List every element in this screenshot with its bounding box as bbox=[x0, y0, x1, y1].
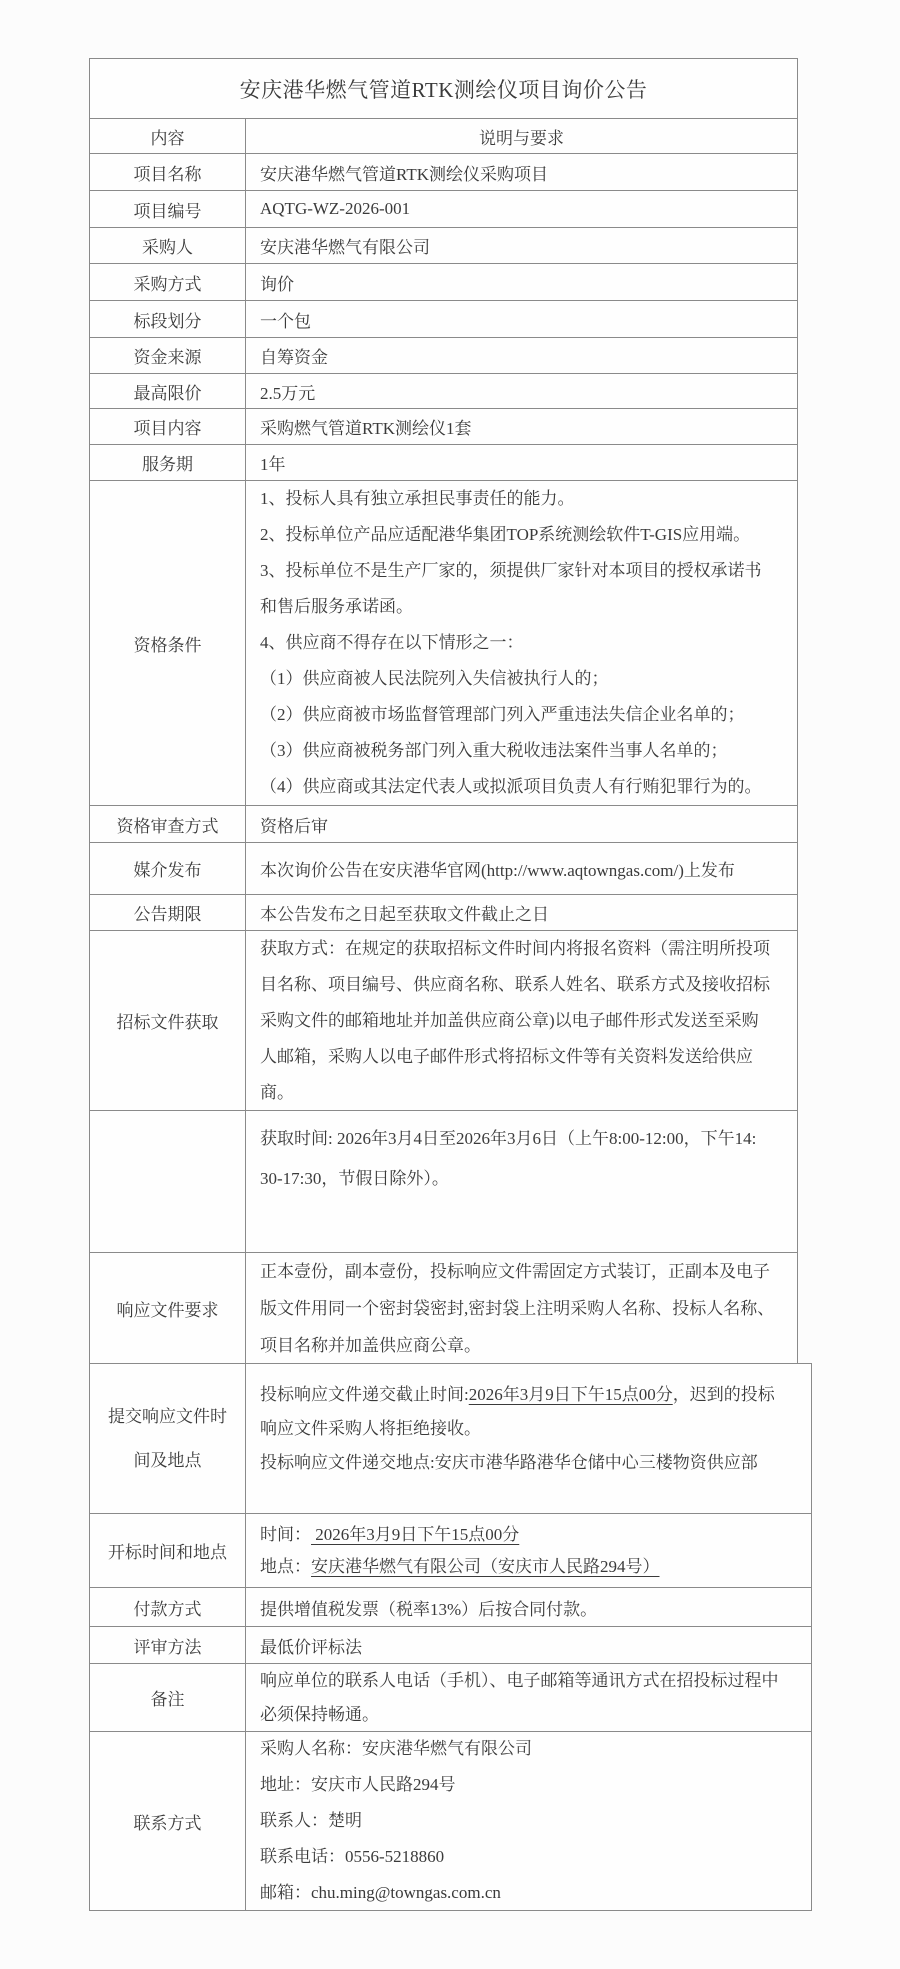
row-label-text: 开标时间和地点 bbox=[108, 1538, 227, 1563]
row-label bbox=[90, 1111, 246, 1252]
row-label-text: 项目内容 bbox=[134, 414, 202, 439]
row-label: 服务期 bbox=[90, 445, 246, 480]
cell-line: 项目名称并加盖供应商公章。 bbox=[260, 1327, 783, 1364]
row-label-text: 项目名称 bbox=[134, 160, 202, 185]
cell-line: 目名称、项目编号、供应商名称、联系人姓名、联系方式及接收招标 bbox=[260, 967, 783, 1003]
row-content: 正本壹份，副本壹份，投标响应文件需固定方式装订，正副本及电子版文件用同一个密封袋… bbox=[246, 1253, 797, 1364]
row-content: 采购燃气管道RTK测绘仪1套 bbox=[246, 409, 797, 444]
cell-line: 采购文件的邮箱地址并加盖供应商公章)以电子邮件形式发送至采购 bbox=[260, 1003, 783, 1039]
row-label-text: 项目编号 bbox=[134, 197, 202, 222]
cell-line: 联系人：楚明 bbox=[260, 1803, 797, 1839]
cell-line: 1、投标人具有独立承担民事责任的能力。 bbox=[260, 481, 783, 517]
cell-line: 询价 bbox=[260, 270, 783, 295]
table-row: 采购方式询价 bbox=[90, 264, 797, 301]
row-label: 资金来源 bbox=[90, 338, 246, 373]
row-label: 资格条件 bbox=[90, 481, 246, 805]
cell-line: 必须保持畅通。 bbox=[260, 1698, 797, 1732]
row-content: 安庆港华燃气有限公司 bbox=[246, 228, 797, 263]
row-label-text: 最高限价 bbox=[134, 379, 202, 404]
row-content: 获取方式：在规定的获取招标文件时间内将报名资料（需注明所投项目名称、项目编号、供… bbox=[246, 931, 797, 1110]
cell-line: AQTG-WZ-2026-001 bbox=[260, 199, 783, 219]
cell-line: 1年 bbox=[260, 450, 783, 475]
cell-line: 地址：安庆市人民路294号 bbox=[260, 1767, 797, 1803]
table-row: 提交响应文件时间及地点投标响应文件递交截止时间:2026年3月9日下午15点00… bbox=[90, 1364, 811, 1514]
row-label: 开标时间和地点 bbox=[90, 1514, 246, 1587]
row-label-text: 资金来源 bbox=[134, 343, 202, 368]
row-content: 采购人名称：安庆港华燃气有限公司地址：安庆市人民路294号联系人：楚明联系电话：… bbox=[246, 1732, 811, 1910]
table-row: 项目内容采购燃气管道RTK测绘仪1套 bbox=[90, 409, 797, 445]
table-row: 获取时间: 2026年3月4日至2026年3月6日（上午8:00-12:00，下… bbox=[90, 1111, 797, 1253]
row-content: 时间： 2026年3月9日下午15点00分地点：安庆港华燃气有限公司（安庆市人民… bbox=[246, 1514, 811, 1587]
table-row: 响应文件要求正本壹份，副本壹份，投标响应文件需固定方式装订，正副本及电子版文件用… bbox=[90, 1253, 797, 1364]
row-label: 项目内容 bbox=[90, 409, 246, 444]
row-content: 资格后审 bbox=[246, 806, 797, 842]
row-label-text: 资格条件 bbox=[134, 631, 202, 656]
row-content: 响应单位的联系人电话（手机）、电子邮箱等通讯方式在招投标过程中必须保持畅通。 bbox=[246, 1664, 811, 1731]
row-label: 评审方法 bbox=[90, 1627, 246, 1663]
row-label: 标段划分 bbox=[90, 301, 246, 337]
row-label-text: 媒介发布 bbox=[134, 856, 202, 881]
row-label: 公告期限 bbox=[90, 895, 246, 930]
row-label: 项目名称 bbox=[90, 154, 246, 190]
cell-line: 2.5万元 bbox=[260, 379, 783, 404]
title-row: 安庆港华燃气管道RTK测绘仪项目询价公告 bbox=[90, 59, 797, 119]
cell-line: 版文件用同一个密封袋密封,密封袋上注明采购人名称、投标人名称、 bbox=[260, 1290, 783, 1327]
page-title: 安庆港华燃气管道RTK测绘仪项目询价公告 bbox=[90, 59, 797, 118]
cell-line: 人邮箱，采购人以电子邮件形式将招标文件等有关资料发送给供应 bbox=[260, 1039, 783, 1075]
row-label-text: 付款方式 bbox=[134, 1595, 202, 1620]
text-segment: 投标响应文件递交截止时间: bbox=[260, 1385, 469, 1404]
row-label: 资格审查方式 bbox=[90, 806, 246, 842]
text-segment: 时间： bbox=[260, 1525, 311, 1544]
document-page: 安庆港华燃气管道RTK测绘仪项目询价公告内容说明与要求项目名称安庆港华燃气管道R… bbox=[0, 0, 900, 1969]
cell-line: 资格后审 bbox=[260, 812, 783, 837]
cell-line: 30-17:30，节假日除外）。 bbox=[260, 1159, 783, 1199]
table-row: 公告期限本公告发布之日起至获取文件截止之日 bbox=[90, 895, 797, 931]
row-content: 获取时间: 2026年3月4日至2026年3月6日（上午8:00-12:00，下… bbox=[246, 1111, 797, 1252]
row-label: 联系方式 bbox=[90, 1732, 246, 1910]
row-label: 项目编号 bbox=[90, 191, 246, 227]
cell-line: （4）供应商或其法定代表人或拟派项目负责人有行贿犯罪行为的。 bbox=[260, 769, 783, 805]
row-content: 询价 bbox=[246, 264, 797, 300]
table-row: 备注响应单位的联系人电话（手机）、电子邮箱等通讯方式在招投标过程中必须保持畅通。 bbox=[90, 1664, 811, 1732]
table-row: 开标时间和地点时间： 2026年3月9日下午15点00分地点：安庆港华燃气有限公… bbox=[90, 1514, 811, 1588]
cell-line: 时间： 2026年3月9日下午15点00分 bbox=[260, 1519, 797, 1551]
table-row: 采购人安庆港华燃气有限公司 bbox=[90, 228, 797, 264]
table-row: 内容说明与要求 bbox=[90, 119, 797, 154]
table-row: 付款方式提供增值税发票（税率13%）后按合同付款。 bbox=[90, 1588, 811, 1627]
cell-line: 获取时间: 2026年3月4日至2026年3月6日（上午8:00-12:00，下… bbox=[260, 1119, 783, 1159]
cell-line: 响应文件采购人将拒绝接收。 bbox=[260, 1412, 797, 1446]
cell-line: 商。 bbox=[260, 1075, 783, 1111]
cell-line: 正本壹份，副本壹份，投标响应文件需固定方式装订，正副本及电子 bbox=[260, 1253, 783, 1290]
row-content: 自筹资金 bbox=[246, 338, 797, 373]
row-content: 1、投标人具有独立承担民事责任的能力。2、投标单位产品应适配港华集团TOP系统测… bbox=[246, 481, 797, 805]
row-label: 最高限价 bbox=[90, 374, 246, 408]
notice-table-upper: 安庆港华燃气管道RTK测绘仪项目询价公告内容说明与要求项目名称安庆港华燃气管道R… bbox=[89, 58, 798, 1364]
header-right-text: 说明与要求 bbox=[479, 124, 564, 149]
row-content: 说明与要求 bbox=[246, 119, 797, 153]
row-content: 本次询价公告在安庆港华官网(http://www.aqtowngas.com/)… bbox=[246, 843, 797, 894]
cell-line: 最低价评标法 bbox=[260, 1633, 797, 1658]
cell-line: 和售后服务承诺函。 bbox=[260, 589, 783, 625]
row-label: 内容 bbox=[90, 119, 246, 153]
table-row: 项目名称安庆港华燃气管道RTK测绘仪采购项目 bbox=[90, 154, 797, 191]
table-row: 招标文件获取获取方式：在规定的获取招标文件时间内将报名资料（需注明所投项目名称、… bbox=[90, 931, 797, 1111]
cell-line: 安庆港华燃气有限公司 bbox=[260, 233, 783, 258]
table-row: 联系方式采购人名称：安庆港华燃气有限公司地址：安庆市人民路294号联系人：楚明联… bbox=[90, 1732, 811, 1910]
row-label-text: 评审方法 bbox=[134, 1633, 202, 1658]
cell-line: 4、供应商不得存在以下情形之一： bbox=[260, 625, 783, 661]
table-row: 资金来源自筹资金 bbox=[90, 338, 797, 374]
row-label: 招标文件获取 bbox=[90, 931, 246, 1110]
row-label-text: 采购方式 bbox=[134, 270, 202, 295]
table-row: 资格审查方式资格后审 bbox=[90, 806, 797, 843]
cell-line: 邮箱：chu.ming@towngas.com.cn bbox=[260, 1875, 797, 1910]
row-label-text: 备注 bbox=[151, 1685, 185, 1710]
table-row: 媒介发布本次询价公告在安庆港华官网(http://www.aqtowngas.c… bbox=[90, 843, 797, 895]
underlined-text: 安庆港华燃气有限公司（安庆市人民路294号） bbox=[311, 1557, 660, 1576]
cell-line: 安庆港华燃气管道RTK测绘仪采购项目 bbox=[260, 160, 783, 185]
underlined-text: 2026年3月9日下午15点00分 bbox=[469, 1385, 673, 1404]
table-row: 资格条件1、投标人具有独立承担民事责任的能力。2、投标单位产品应适配港华集团TO… bbox=[90, 481, 797, 806]
table-row: 评审方法最低价评标法 bbox=[90, 1627, 811, 1664]
row-content: AQTG-WZ-2026-001 bbox=[246, 191, 797, 227]
row-label: 采购人 bbox=[90, 228, 246, 263]
cell-line: 响应单位的联系人电话（手机）、电子邮箱等通讯方式在招投标过程中 bbox=[260, 1664, 797, 1698]
row-content: 本公告发布之日起至获取文件截止之日 bbox=[246, 895, 797, 930]
cell-line: 本公告发布之日起至获取文件截止之日 bbox=[260, 900, 783, 925]
cell-line: 一个包 bbox=[260, 307, 783, 332]
row-label-text: 标段划分 bbox=[134, 307, 202, 332]
row-label: 媒介发布 bbox=[90, 843, 246, 894]
row-label-text: 招标文件获取 bbox=[117, 1008, 219, 1033]
row-label-text: 资格审查方式 bbox=[117, 812, 219, 837]
row-label: 采购方式 bbox=[90, 264, 246, 300]
table-row: 标段划分一个包 bbox=[90, 301, 797, 338]
cell-line: 3、投标单位不是生产厂家的，须提供厂家针对本项目的授权承诺书 bbox=[260, 553, 783, 589]
row-label-text: 间及地点 bbox=[134, 1439, 202, 1483]
row-content: 2.5万元 bbox=[246, 374, 797, 408]
row-label-text: 联系方式 bbox=[134, 1809, 202, 1834]
table-row: 最高限价2.5万元 bbox=[90, 374, 797, 409]
row-label-text: 采购人 bbox=[142, 233, 193, 258]
cell-line: 获取方式：在规定的获取招标文件时间内将报名资料（需注明所投项 bbox=[260, 931, 783, 967]
row-content: 最低价评标法 bbox=[246, 1627, 811, 1663]
table-row: 项目编号AQTG-WZ-2026-001 bbox=[90, 191, 797, 228]
cell-line: 采购人名称：安庆港华燃气有限公司 bbox=[260, 1732, 797, 1767]
cell-line: （3）供应商被税务部门列入重大税收违法案件当事人名单的； bbox=[260, 733, 783, 769]
row-label-text: 公告期限 bbox=[134, 900, 202, 925]
text-segment: 地点： bbox=[260, 1557, 311, 1576]
row-content: 安庆港华燃气管道RTK测绘仪采购项目 bbox=[246, 154, 797, 190]
cell-line: 采购燃气管道RTK测绘仪1套 bbox=[260, 414, 783, 439]
row-label-text: 服务期 bbox=[142, 450, 193, 475]
cell-line: 联系电话：0556-5218860 bbox=[260, 1839, 797, 1875]
underlined-text: 2026年3月9日下午15点00分 bbox=[311, 1525, 519, 1544]
row-label-text: 响应文件要求 bbox=[117, 1296, 219, 1321]
row-label: 提交响应文件时间及地点 bbox=[90, 1364, 246, 1513]
text-segment: ，迟到的投标 bbox=[673, 1385, 775, 1404]
cell-line: 2、投标单位产品应适配港华集团TOP系统测绘软件T-GIS应用端。 bbox=[260, 517, 783, 553]
cell-line: 提供增值税发票（税率13%）后按合同付款。 bbox=[260, 1595, 797, 1620]
row-label: 响应文件要求 bbox=[90, 1253, 246, 1364]
cell-line: （1）供应商被人民法院列入失信被执行人的； bbox=[260, 661, 783, 697]
notice-table-lower: 提交响应文件时间及地点投标响应文件递交截止时间:2026年3月9日下午15点00… bbox=[89, 1363, 812, 1911]
row-label: 备注 bbox=[90, 1664, 246, 1731]
row-label: 付款方式 bbox=[90, 1588, 246, 1626]
cell-line: （2）供应商被市场监督管理部门列入严重违法失信企业名单的； bbox=[260, 697, 783, 733]
table-row: 服务期1年 bbox=[90, 445, 797, 481]
cell-line: 地点：安庆港华燃气有限公司（安庆市人民路294号） bbox=[260, 1551, 797, 1583]
row-content: 1年 bbox=[246, 445, 797, 480]
cell-line: 投标响应文件递交截止时间:2026年3月9日下午15点00分，迟到的投标 bbox=[260, 1378, 797, 1412]
row-content: 提供增值税发票（税率13%）后按合同付款。 bbox=[246, 1588, 811, 1626]
cell-line: 投标响应文件递交地点:安庆市港华路港华仓储中心三楼物资供应部 bbox=[260, 1446, 797, 1480]
cell-line: 自筹资金 bbox=[260, 343, 783, 368]
row-label-text: 内容 bbox=[151, 124, 185, 149]
row-label-text: 提交响应文件时 bbox=[108, 1395, 227, 1439]
row-content: 投标响应文件递交截止时间:2026年3月9日下午15点00分，迟到的投标响应文件… bbox=[246, 1364, 811, 1513]
row-content: 一个包 bbox=[246, 301, 797, 337]
cell-line: 本次询价公告在安庆港华官网(http://www.aqtowngas.com/)… bbox=[260, 856, 783, 881]
